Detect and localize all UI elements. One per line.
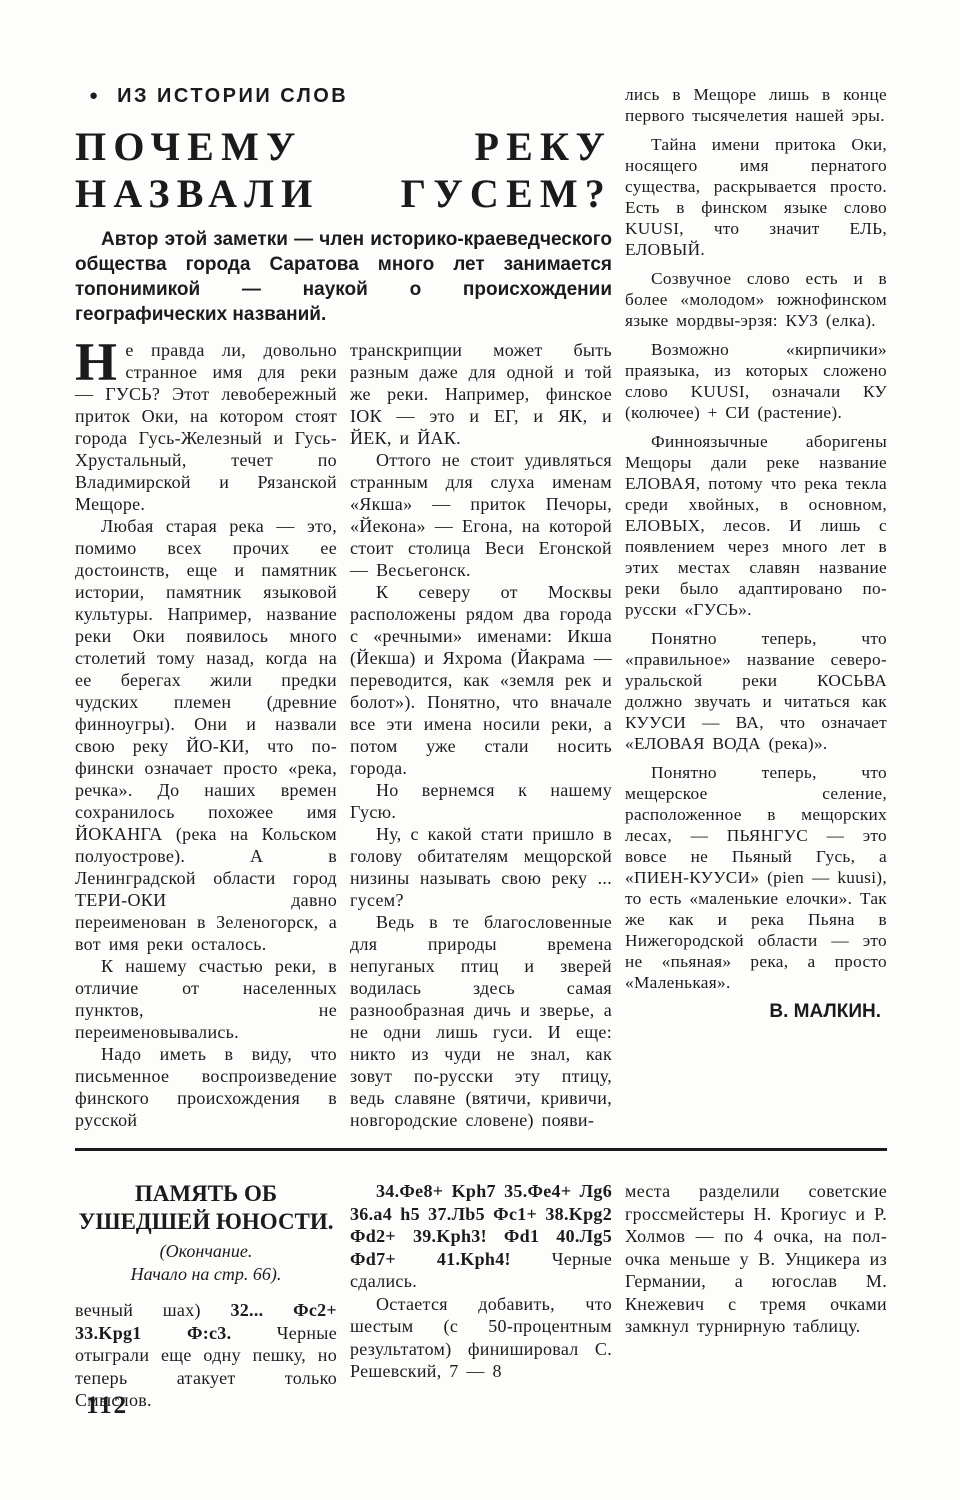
section-kicker: ● ИЗ ИСТОРИИ СЛОВ: [75, 84, 612, 108]
column-2: транскрипции может быть разным даже для …: [350, 339, 612, 1172]
paragraph: Но вернемся к нашему Гусю.: [350, 779, 612, 823]
chess-title-line-1: ПАМЯТЬ ОБ: [75, 1180, 337, 1208]
paragraph: Ну, с какой стати пришло в голову обитат…: [350, 823, 612, 911]
article-title-line-1: ПОЧЕМУ РЕКУ: [75, 123, 612, 170]
article-lede: Автор этой заметки — член историко-краев…: [75, 227, 612, 327]
column-3: лись в Мещоре лишь в конце первого тысяч…: [625, 84, 887, 1146]
article-body-columns: Не правда ли, довольно странное имя для …: [75, 339, 612, 1172]
paragraph: К северу от Москвы расположены рядом два…: [350, 581, 612, 779]
paragraph-text: вечный шах): [75, 1300, 230, 1320]
article-left-block: ● ИЗ ИСТОРИИ СЛОВ ПОЧЕМУ РЕКУ НАЗВАЛИ ГУ…: [75, 84, 612, 1172]
article-title: ПОЧЕМУ РЕКУ НАЗВАЛИ ГУСЕМ?: [75, 123, 612, 217]
paragraph: 34.Фе8+ Kph7 35.Фе4+ Лg6 36.a4 h5 37.Лb5…: [350, 1180, 612, 1293]
paragraph: Любая старая река — это, помимо всех про…: [75, 515, 337, 955]
paragraph: Созвучное слово есть и в более «молодом»…: [625, 268, 887, 331]
paragraph: Возможно «кирпичики» праязыка, из которы…: [625, 339, 887, 423]
chess-subtitle-line-2: Начало на стр. 66).: [75, 1263, 337, 1286]
column-1: Не правда ли, довольно странное имя для …: [75, 339, 337, 1172]
section-kicker-label: ИЗ ИСТОРИИ СЛОВ: [117, 84, 348, 108]
paragraph: транскрипции может быть разным даже для …: [350, 339, 612, 449]
paragraph: Финноязычные аборигены Мещоры дали реке …: [625, 431, 887, 620]
magazine-page: ● ИЗ ИСТОРИИ СЛОВ ПОЧЕМУ РЕКУ НАЗВАЛИ ГУ…: [0, 0, 960, 1500]
article-why-river-named-goose: ● ИЗ ИСТОРИИ СЛОВ ПОЧЕМУ РЕКУ НАЗВАЛИ ГУ…: [75, 84, 887, 1172]
paragraph: Надо иметь в виду, что письменное воспро…: [75, 1043, 337, 1131]
chess-column-2: 34.Фе8+ Kph7 35.Фе4+ Лg6 36.a4 h5 37.Лb5…: [350, 1180, 612, 1432]
author-byline: В. МАЛКИН.: [625, 1001, 887, 1023]
chess-article-subtitle: (Окончание. Начало на стр. 66).: [75, 1240, 337, 1286]
paragraph: Понятно теперь, что мещерское селение, р…: [625, 762, 887, 993]
paragraph: Ведь в те благословенные для природы вре…: [350, 911, 612, 1131]
paragraph: Тайна имени притока Оки, носящего имя пе…: [625, 134, 887, 260]
chess-column-3: места разделили советские гроссмейстеры …: [625, 1180, 887, 1432]
bullet-icon: ●: [89, 84, 98, 108]
article-chess-memory: ПАМЯТЬ ОБ УШЕДШЕЙ ЮНОСТИ. (Окончание. На…: [75, 1180, 887, 1432]
paragraph: Остается добавить, что шестым (с 50-проц…: [350, 1293, 612, 1383]
paragraph: места разделили советские гроссмейстеры …: [625, 1180, 887, 1338]
paragraph: Понятно теперь, что «правильное» названи…: [625, 628, 887, 754]
chess-subtitle-line-1: (Окончание.: [75, 1240, 337, 1263]
chess-title-line-2: УШЕДШЕЙ ЮНОСТИ.: [75, 1208, 337, 1236]
divider-rule: [75, 1148, 887, 1151]
paragraph: К нашему счастью реки, в отличие от насе…: [75, 955, 337, 1043]
chess-article-title: ПАМЯТЬ ОБ УШЕДШЕЙ ЮНОСТИ.: [75, 1180, 337, 1236]
article-title-line-2: НАЗВАЛИ ГУСЕМ?: [75, 170, 612, 217]
paragraph: Оттого не стоит удивляться странным для …: [350, 449, 612, 581]
drop-cap: Н: [75, 339, 125, 382]
paragraph: лись в Мещоре лишь в конце первого тысяч…: [625, 84, 887, 126]
paragraph: Не правда ли, довольно странное имя для …: [75, 339, 337, 515]
page-number: 112: [86, 1392, 128, 1420]
